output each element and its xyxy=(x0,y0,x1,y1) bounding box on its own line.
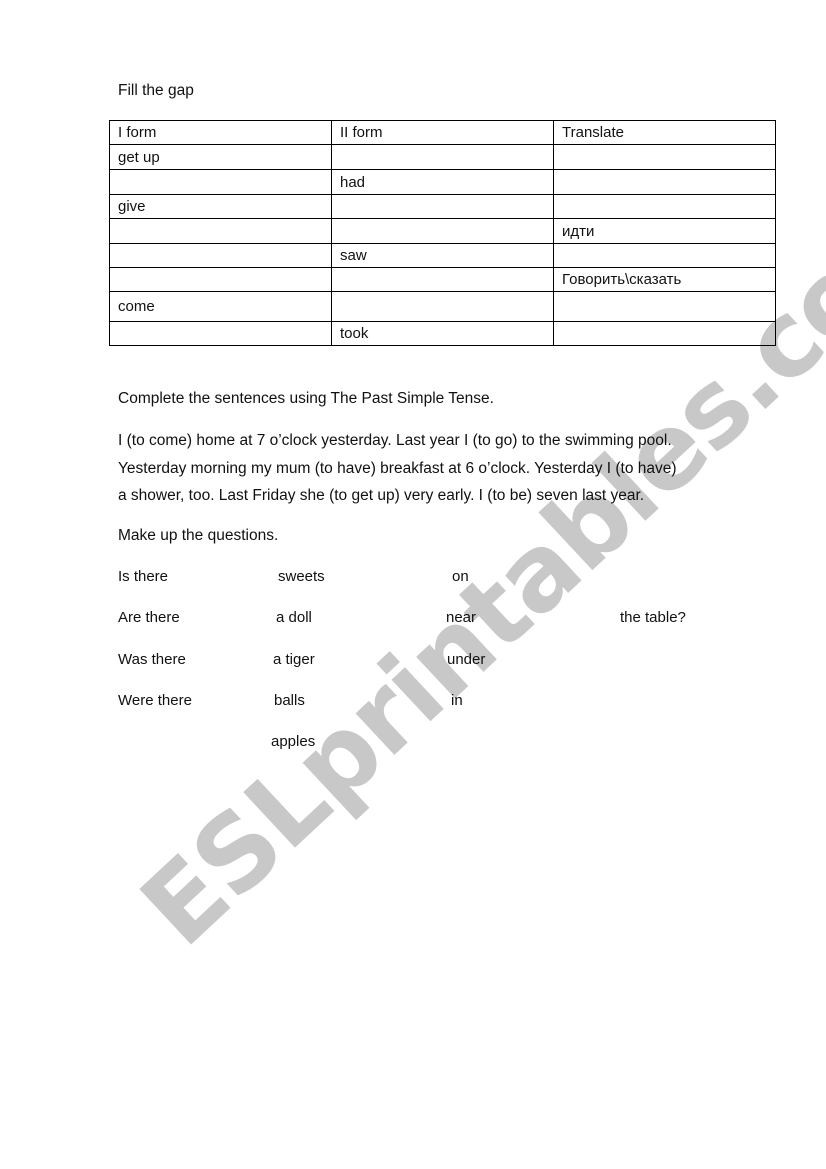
worksheet-content: Fill the gap I form II form Translate ge… xyxy=(0,0,826,1169)
table-cell: saw xyxy=(332,244,554,268)
table-cell xyxy=(554,170,776,195)
table-row: get up xyxy=(110,145,776,170)
table-cell xyxy=(332,145,554,170)
question-word: Is there xyxy=(118,568,168,585)
table-row: give xyxy=(110,195,776,219)
table-cell xyxy=(332,195,554,219)
table-cell: come xyxy=(110,292,332,322)
preposition-word: on xyxy=(452,568,469,585)
question-word: Are there xyxy=(118,609,180,626)
paragraph-line: Yesterday morning my mum (to have) break… xyxy=(118,455,798,483)
preposition-word: near xyxy=(446,609,476,626)
table-row: Говорить\сказать xyxy=(110,268,776,292)
verb-forms-table: I form II form Translate get up had give xyxy=(109,120,776,346)
paragraph-line: I (to come) home at 7 o’clock yesterday.… xyxy=(118,427,798,455)
table-row: took xyxy=(110,322,776,346)
header-cell: Translate xyxy=(554,121,776,145)
table-header-row: I form II form Translate xyxy=(110,121,776,145)
table-cell: идти xyxy=(554,219,776,244)
table-cell xyxy=(110,170,332,195)
section-title-questions: Make up the questions. xyxy=(118,527,278,545)
table-cell: get up xyxy=(110,145,332,170)
subject-word: a tiger xyxy=(273,651,315,668)
preposition-word: under xyxy=(447,651,485,668)
question-word: Were there xyxy=(118,692,192,709)
table-cell xyxy=(554,244,776,268)
table-row: come xyxy=(110,292,776,322)
section-title-fill-gap: Fill the gap xyxy=(118,82,194,100)
subject-word: a doll xyxy=(276,609,312,626)
table-cell xyxy=(554,322,776,346)
table-row: идти xyxy=(110,219,776,244)
table-cell xyxy=(554,292,776,322)
table-cell: Говорить\сказать xyxy=(554,268,776,292)
table-row: had xyxy=(110,170,776,195)
table-cell: had xyxy=(332,170,554,195)
question-word: Was there xyxy=(118,651,186,668)
subject-word: balls xyxy=(274,692,305,709)
header-cell: II form xyxy=(332,121,554,145)
subject-word: sweets xyxy=(278,568,325,585)
past-simple-paragraph: I (to come) home at 7 o’clock yesterday.… xyxy=(118,427,798,510)
table-cell xyxy=(332,292,554,322)
table-cell xyxy=(110,244,332,268)
table-cell xyxy=(554,145,776,170)
header-cell: I form xyxy=(110,121,332,145)
table-cell xyxy=(110,219,332,244)
worksheet-page: ESLprintables.com Fill the gap I form II… xyxy=(0,0,826,1169)
table-cell: took xyxy=(332,322,554,346)
table-cell xyxy=(110,268,332,292)
subject-word: apples xyxy=(271,733,315,750)
table-cell xyxy=(332,219,554,244)
table-cell xyxy=(332,268,554,292)
section-title-past-simple: Complete the sentences using The Past Si… xyxy=(118,390,494,408)
preposition-word: in xyxy=(451,692,463,709)
table-cell xyxy=(554,195,776,219)
table-cell: give xyxy=(110,195,332,219)
object-word: the table? xyxy=(620,609,686,626)
table-row: saw xyxy=(110,244,776,268)
paragraph-line: a shower, too. Last Friday she (to get u… xyxy=(118,482,798,510)
table-cell xyxy=(110,322,332,346)
